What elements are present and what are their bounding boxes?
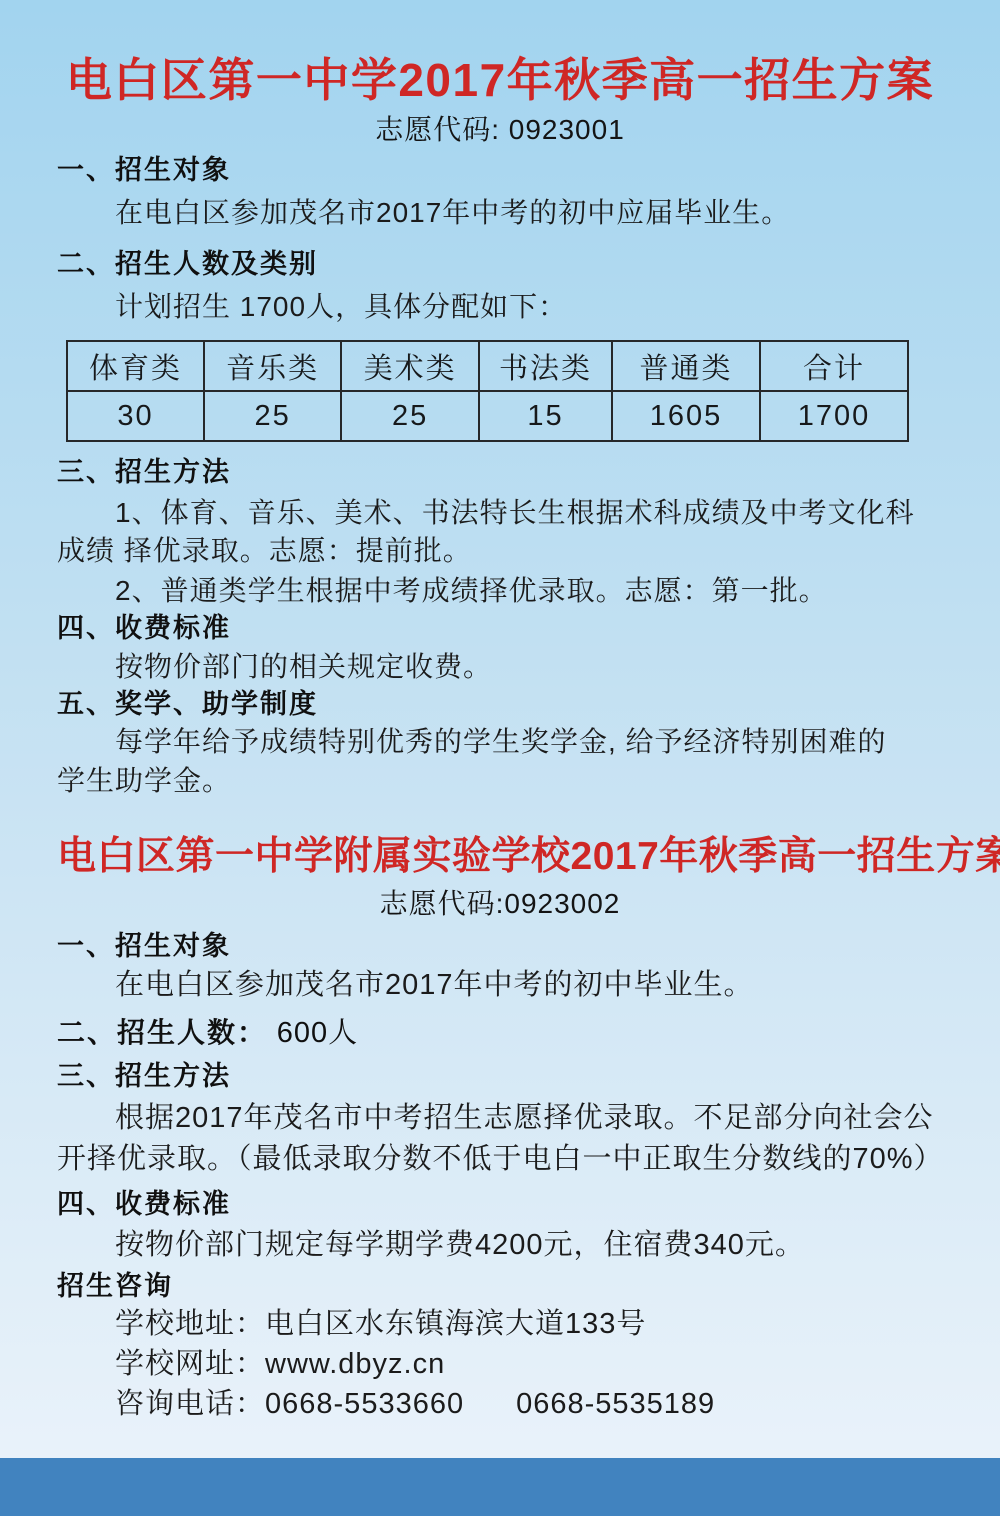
school1-section3-paragraph1: 1、体育、音乐、美术、书法特长生根据术科成绩及中考文化科 成绩 择优录取。志愿：… — [57, 494, 943, 570]
table-header-cell: 书法类 — [479, 341, 612, 391]
contact-phone-label: 咨询电话： — [115, 1388, 265, 1420]
table-value-cell: 30 — [67, 391, 204, 441]
school1-section1-heading: 一、招生对象 — [57, 154, 943, 186]
contact-phone-line: 咨询电话：0668-55336600668-5535189 — [115, 1384, 943, 1424]
school1-section2-heading: 二、招生人数及类别 — [57, 248, 943, 280]
school1-section4-body: 按物价部门的相关规定收费。 — [115, 650, 943, 684]
contact-phone-1: 0668-5533660 — [265, 1388, 464, 1420]
section2-heading-label: 二、招生人数： — [57, 1017, 267, 1048]
table-header-cell: 普通类 — [612, 341, 760, 391]
enrollment-quota-table: 体育类 音乐类 美术类 书法类 普通类 合计 30 25 25 15 1605 … — [66, 340, 909, 442]
school2-section4-body: 按物价部门规定每学期学费4200元，住宿费340元。 — [115, 1228, 943, 1262]
poster-page: 电白区第一中学2017年秋季高一招生方案 志愿代码: 0923001 一、招生对… — [0, 0, 1000, 1458]
contact-website-line: 学校网址：www.dbyz.cn — [115, 1344, 943, 1384]
school1-section2-body: 计划招生 1700人，具体分配如下： — [115, 290, 943, 324]
paragraph-line: 开择优录取。（最低录取分数不低于电白一中正取生分数线的70%） — [57, 1139, 943, 1180]
paragraph-line: 每学年给予成绩特别优秀的学生奖学金, 给予经济特别困难的 — [115, 722, 943, 761]
table-header-cell: 美术类 — [341, 341, 479, 391]
paragraph-line: 根据2017年茂名市中考招生志愿择优录取。不足部分向社会公 — [115, 1098, 943, 1139]
school1-section3-heading: 三、招生方法 — [57, 456, 943, 488]
school2-volunteer-code: 志愿代码:0923002 — [57, 888, 943, 920]
school2-section1-body: 在电白区参加茂名市2017年中考的初中毕业生。 — [115, 968, 943, 1002]
contact-block: 学校地址：电白区水东镇海滨大道133号 学校网址：www.dbyz.cn 咨询电… — [57, 1304, 943, 1424]
table-value-cell: 1605 — [612, 391, 760, 441]
school2-title: 电白区第一中学附属实验学校2017年秋季高一招生方案 — [57, 834, 943, 880]
contact-phone-2: 0668-5535189 — [516, 1388, 715, 1420]
table-header-cell: 合计 — [760, 341, 908, 391]
school1-section4-heading: 四、收费标准 — [57, 612, 943, 644]
footer-band — [0, 1458, 1000, 1516]
table-header-row: 体育类 音乐类 美术类 书法类 普通类 合计 — [67, 341, 908, 391]
school2-section3-heading: 三、招生方法 — [57, 1060, 943, 1092]
school1-volunteer-code: 志愿代码: 0923001 — [57, 114, 943, 146]
table-value-cell: 25 — [341, 391, 479, 441]
table-value-cell: 15 — [479, 391, 612, 441]
school1-title: 电白区第一中学2017年秋季高一招生方案 — [57, 54, 943, 106]
school1-section5-heading: 五、奖学、助学制度 — [57, 688, 943, 720]
school2-section2-heading: 二、招生人数： 600人 — [57, 1016, 943, 1050]
table-header-cell: 体育类 — [67, 341, 204, 391]
school1-section5-paragraph: 每学年给予成绩特别优秀的学生奖学金, 给予经济特别困难的 学生助学金。 — [57, 722, 943, 800]
enrollment-count-value: 600人 — [277, 1017, 358, 1049]
school1-section1-body: 在电白区参加茂名市2017年中考的初中应届毕业生。 — [115, 196, 943, 230]
contact-heading: 招生咨询 — [57, 1270, 943, 1302]
school1-section3-paragraph2: 2、普通类学生根据中考成绩择优录取。志愿：第一批。 — [115, 572, 943, 610]
table-header-cell: 音乐类 — [204, 341, 341, 391]
contact-address-line: 学校地址：电白区水东镇海滨大道133号 — [115, 1304, 943, 1344]
poster-content: 电白区第一中学2017年秋季高一招生方案 志愿代码: 0923001 一、招生对… — [0, 54, 1000, 1424]
table-value-cell: 1700 — [760, 391, 908, 441]
paragraph-line: 学生助学金。 — [57, 761, 943, 800]
school2-section3-paragraph: 根据2017年茂名市中考招生志愿择优录取。不足部分向社会公 开择优录取。（最低录… — [57, 1098, 943, 1180]
paragraph-line: 成绩 择优录取。志愿：提前批。 — [57, 532, 943, 570]
school2-section1-heading: 一、招生对象 — [57, 930, 943, 962]
table-value-row: 30 25 25 15 1605 1700 — [67, 391, 908, 441]
school2-section4-heading: 四、收费标准 — [57, 1188, 943, 1220]
table-value-cell: 25 — [204, 391, 341, 441]
paragraph-line: 1、体育、音乐、美术、书法特长生根据术科成绩及中考文化科 — [115, 494, 943, 532]
